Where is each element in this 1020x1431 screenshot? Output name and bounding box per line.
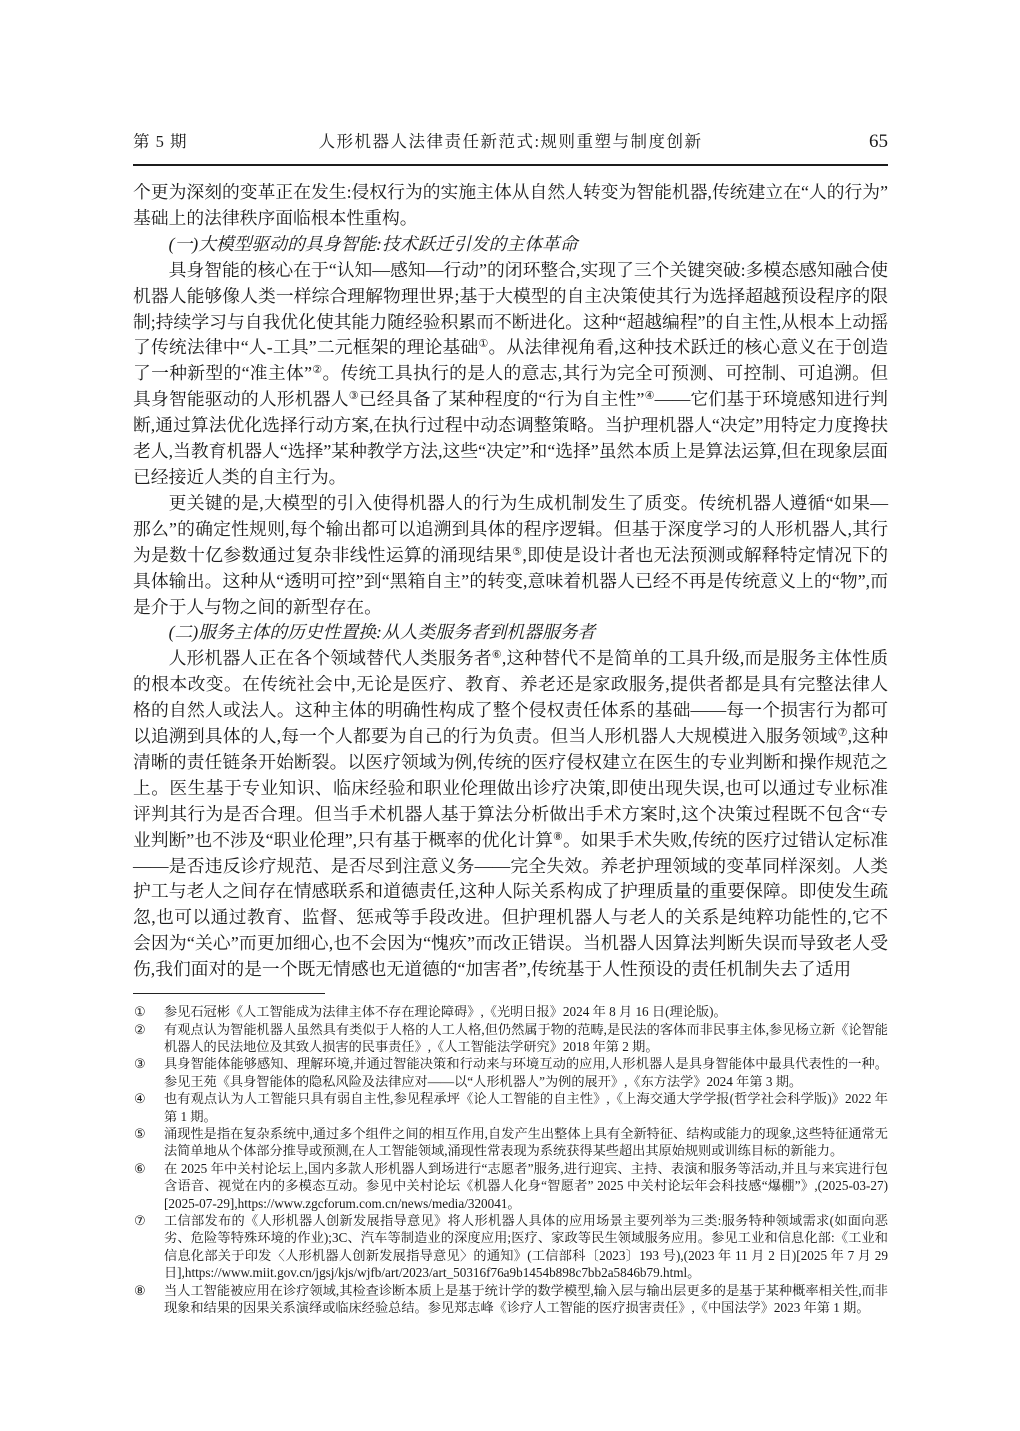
footnote-ref: ③ (349, 390, 359, 402)
footnote-item: ②有观点认为智能机器人虽然具有类似于人格的人工人格,但仍然属于物的范畴,是民法的… (133, 1021, 888, 1056)
footnote-item: ①参见石冠彬《人工智能成为法律主体不存在理论障碍》,《光明日报》2024 年 8… (133, 1003, 888, 1020)
footnote-ref: ⑧ (553, 831, 563, 843)
footnote-separator (133, 993, 325, 994)
footnote-item: ④也有观点认为人工智能只具有弱自主性,参见程承坪《论人工智能的自主性》,《上海交… (133, 1090, 888, 1125)
footnote-marker: ③ (134, 1055, 146, 1072)
article-title: 人形机器人法律责任新范式:规则重塑与制度创新 (318, 128, 702, 152)
footnote-item: ⑦工信部发布的《人形机器人创新发展指导意见》将人形机器人具体的应用场景主要列举为… (133, 1212, 888, 1282)
footnote-text: 也有观点认为人工智能只具有弱自主性,参见程承坪《论人工智能的自主性》,《上海交通… (164, 1091, 888, 1123)
footnote-ref: ② (312, 364, 323, 376)
article-body: 个更为深刻的变革正在发生:侵权行为的实施主体从自然人转变为智能机器,传统建立在“… (133, 180, 888, 983)
footnote-text: 有观点认为智能机器人虽然具有类似于人格的人工人格,但仍然属于物的范畴,是民法的客… (164, 1022, 888, 1054)
footnote-text: 在 2025 年中关村论坛上,国内多款人形机器人到场进行“志愿者”服务,进行迎宾… (164, 1161, 888, 1211)
running-head: 第 5 期 人形机器人法律责任新范式:规则重塑与制度创新 65 (133, 128, 888, 166)
footnote-text: 工信部发布的《人形机器人创新发展指导意见》将人形机器人具体的应用场景主要列举为三… (164, 1213, 888, 1280)
footnote-text: 涌现性是指在复杂系统中,通过多个组件之间的相互作用,自发产生出整体上具有全新特征… (164, 1126, 888, 1158)
journal-page: 第 5 期 人形机器人法律责任新范式:规则重塑与制度创新 65 个更为深刻的变革… (0, 0, 1020, 1431)
footnote-marker: ⑦ (134, 1212, 146, 1229)
footnote-marker: ④ (134, 1090, 146, 1107)
footnote-text: 当人工智能被应用在诊疗领域,其检查诊断本质上是基于统计学的数学模型,输入层与输出… (164, 1283, 888, 1315)
footnote-ref: ⑥ (492, 649, 502, 661)
footnote-item: ⑥在 2025 年中关村论坛上,国内多款人形机器人到场进行“志愿者”服务,进行迎… (133, 1160, 888, 1212)
footnote-marker: ⑥ (134, 1160, 146, 1177)
footnote-ref: ⑦ (838, 727, 848, 739)
section-heading: (二)服务主体的历史性置换:从人类服务者到机器服务者 (133, 620, 888, 646)
paragraph: 更关键的是,大模型的引入使得机器人的行为生成机制发生了质变。传统机器人遵循“如果… (133, 491, 888, 621)
footnote-ref: ⑤ (512, 546, 522, 558)
paragraph: 具身智能的核心在于“认知—感知—行动”的闭环整合,实现了三个关键突破:多模态感知… (133, 258, 888, 491)
footnote-item: ⑤涌现性是指在复杂系统中,通过多个组件之间的相互作用,自发产生出整体上具有全新特… (133, 1125, 888, 1160)
paragraph: 个更为深刻的变革正在发生:侵权行为的实施主体从自然人转变为智能机器,传统建立在“… (133, 180, 888, 232)
issue-label: 第 5 期 (133, 128, 188, 152)
paragraph: 人形机器人正在各个领域替代人类服务者⑥,这种替代不是简单的工具升级,而是服务主体… (133, 646, 888, 983)
footnote-marker: ① (134, 1003, 146, 1020)
footnote-ref: ④ (644, 390, 654, 402)
section-heading: (一)大模型驱动的具身智能:技术跃迁引发的主体革命 (133, 232, 888, 258)
footnote-text: 参见石冠彬《人工智能成为法律主体不存在理论障碍》,《光明日报》2024 年 8 … (164, 1004, 727, 1019)
footnote-ref: ① (478, 338, 488, 350)
footnote-item: ③具身智能体能够感知、理解环境,并通过智能决策和行动来与环境互动的应用,人形机器… (133, 1055, 888, 1090)
footnote-text: 具身智能体能够感知、理解环境,并通过智能决策和行动来与环境互动的应用,人形机器人… (164, 1056, 888, 1088)
footnote-marker: ⑤ (134, 1125, 146, 1142)
footnote-marker: ⑧ (134, 1282, 146, 1299)
page-number: 65 (869, 131, 888, 153)
footnote-item: ⑧当人工智能被应用在诊疗领域,其检查诊断本质上是基于统计学的数学模型,输入层与输… (133, 1282, 888, 1317)
footnote-marker: ② (134, 1021, 146, 1038)
footnote-list: ①参见石冠彬《人工智能成为法律主体不存在理论障碍》,《光明日报》2024 年 8… (133, 1003, 888, 1316)
